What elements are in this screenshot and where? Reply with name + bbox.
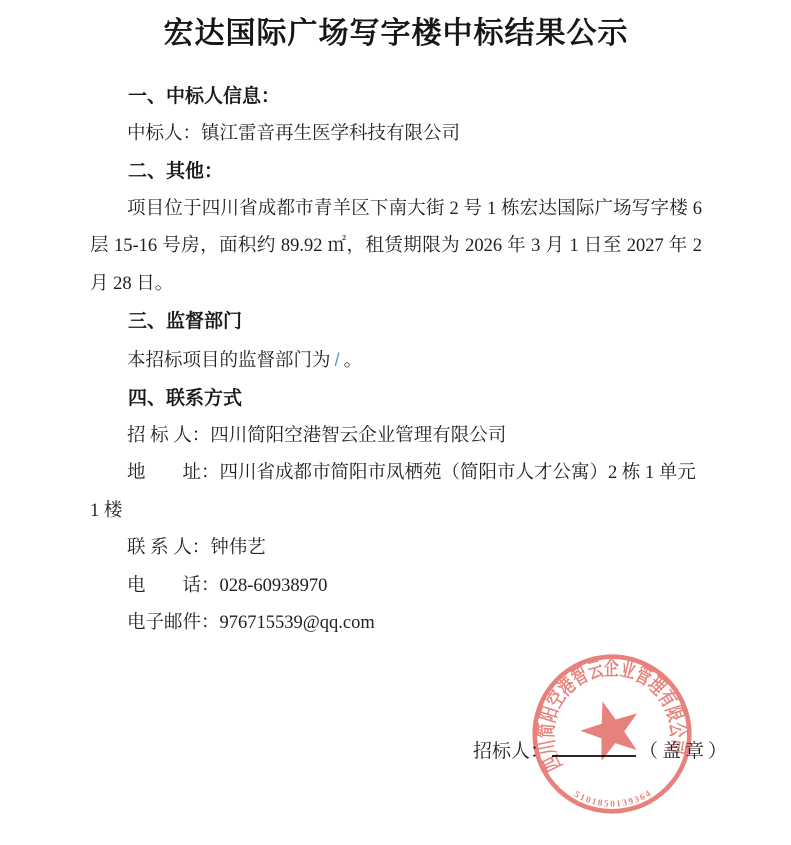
signature-label: 招标人： [473,741,549,762]
section-heading-contact: 四、联系方式 [90,380,702,418]
section-heading-winner-info: 一、中标人信息： [90,78,702,116]
contact-row-person: 联 系 人：钟伟艺 [90,530,702,568]
tenderer-value: 四川简阳空港智云企业管理有限公司 [210,426,506,446]
contact-person-value: 钟伟艺 [210,538,266,558]
supervision-suffix: 。 [344,351,363,371]
project-description: 项目位于四川省成都市青羊区下南大街 2 号 1 栋宏达国际广场写字楼 6 层 1… [90,191,702,304]
seal-serial-number: 5101850139364 [572,780,655,814]
contact-row-address: 地 址：四川省成都市简阳市凤栖苑（简阳市人才公寓）2 栋 1 单元 1 楼 [90,455,702,530]
contact-person-label: 联 系 人： [127,538,210,558]
email-label: 电子邮件： [127,613,220,633]
company-seal: 四川简阳空港智云企业管理有限公司 5101850139364 [509,631,714,836]
tenderer-label: 招 标 人： [127,426,210,446]
section-heading-supervision: 三、监督部门 [90,303,702,341]
address-label: 地 址： [127,463,220,483]
phone-label: 电 话： [127,576,220,596]
section-heading-other: 二、其他： [90,153,702,191]
announcement-document: 宏达国际广场写字楼中标结果公示 一、中标人信息： 中标人：镇江雷音再生医学科技有… [90,0,702,643]
page-title: 宏达国际广场写字楼中标结果公示 [90,0,702,56]
signature-line: 招标人：（盖章） [473,737,731,767]
stamp-note: （盖章） [639,741,731,762]
document-body: 一、中标人信息： 中标人：镇江雷音再生医学科技有限公司 二、其他： 项目位于四川… [90,78,702,643]
signature-blank-underline [552,741,636,757]
supervision-line: 本招标项目的监督部门为/。 [90,341,702,381]
supervision-slash-placeholder: / [331,349,344,370]
contact-row-tenderer: 招 标 人：四川简阳空港智云企业管理有限公司 [90,418,702,456]
phone-value: 028-60938970 [220,576,328,596]
seal-ring [526,648,698,820]
email-value: 976715539@qq.com [220,613,375,633]
winner-line: 中标人：镇江雷音再生医学科技有限公司 [90,116,702,154]
contact-row-email: 电子邮件：976715539@qq.com [90,605,702,643]
supervision-prefix: 本招标项目的监督部门为 [127,351,331,371]
contact-row-phone: 电 话：028-60938970 [90,568,702,606]
